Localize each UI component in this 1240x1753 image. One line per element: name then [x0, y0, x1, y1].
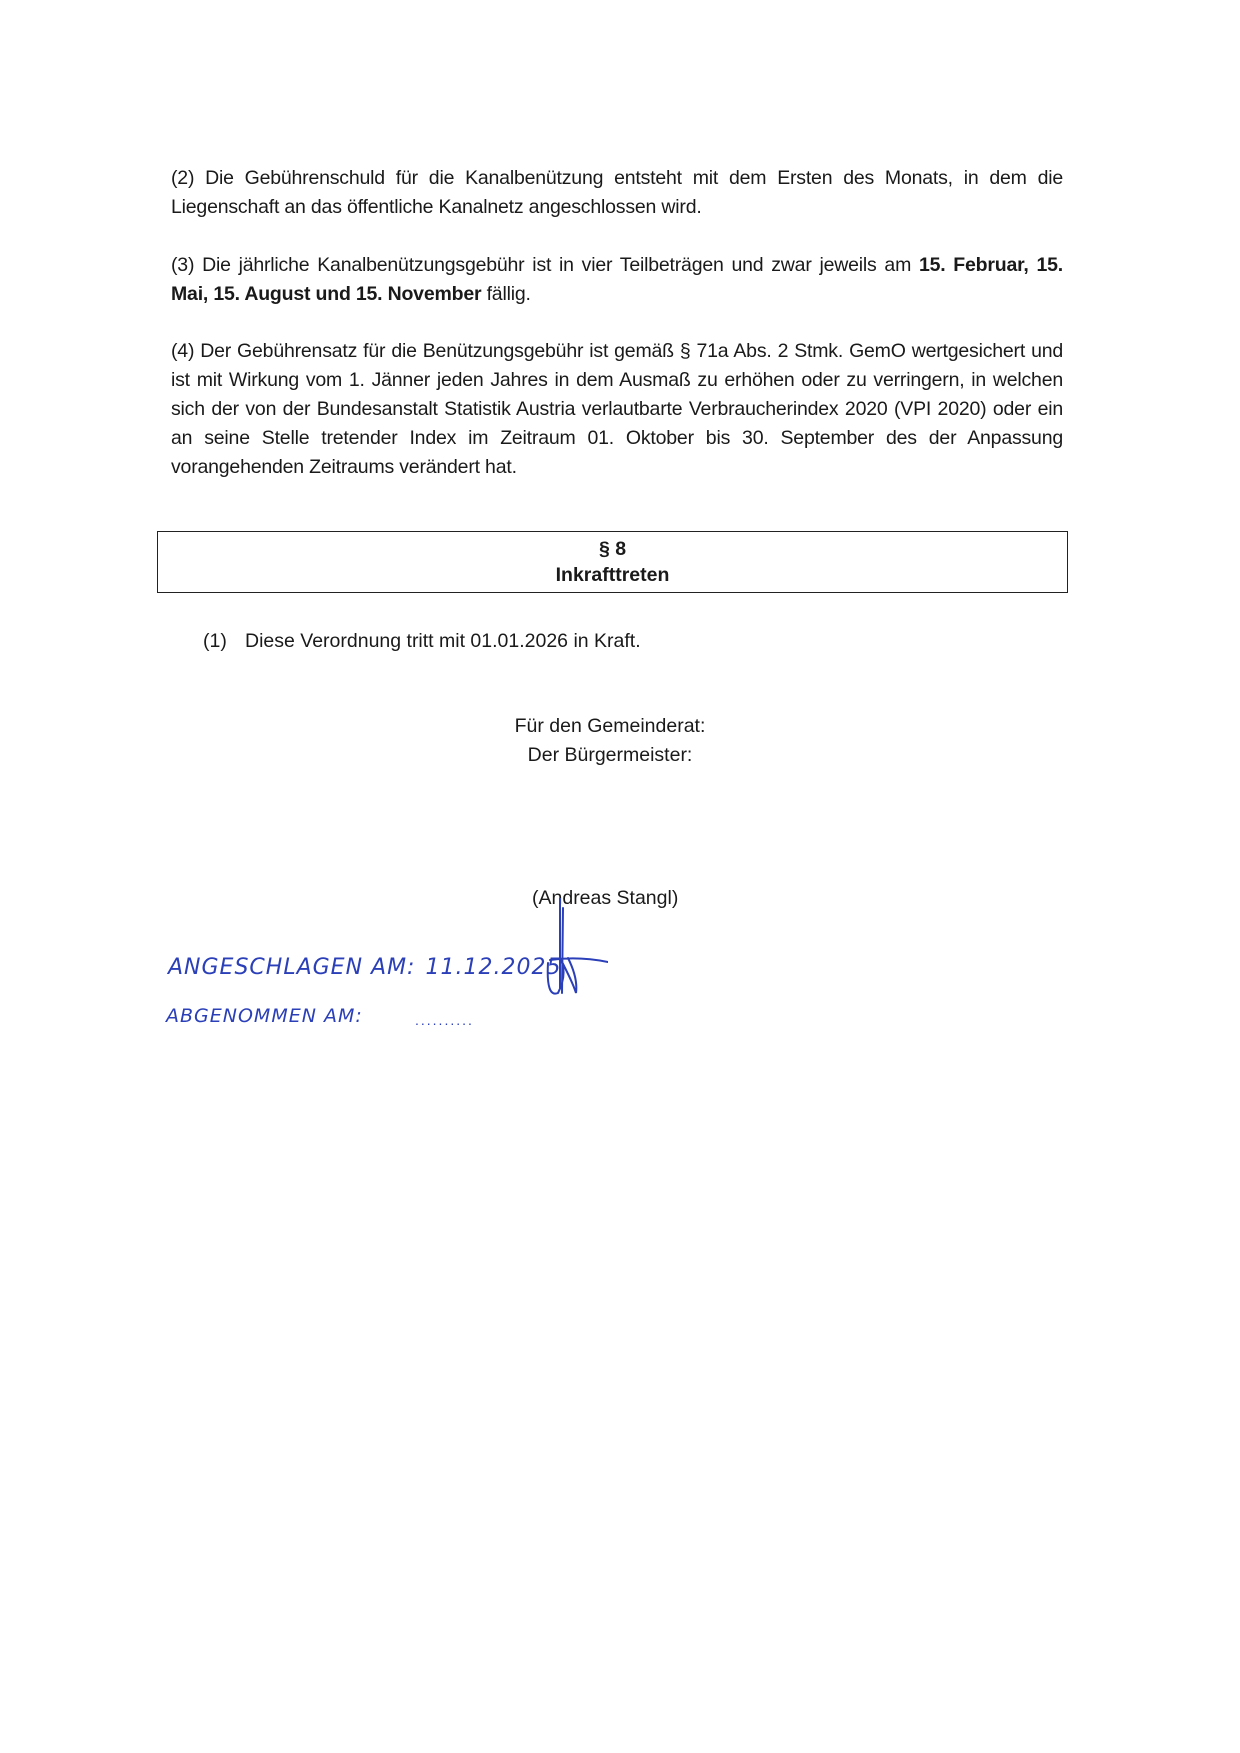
section-number: § 8: [158, 536, 1067, 562]
posted-label: ANGESCHLAGEN AM:: [168, 955, 415, 980]
removed-date-note: ABGENOMMEN AM:: [166, 1005, 363, 1027]
paragraph-4: (4) Der Gebührensatz für die Benützungsg…: [171, 337, 1063, 482]
signature-block: Für den Gemeinderat: Der Bürgermeister:: [500, 712, 720, 770]
posted-date: 11.12.2025: [425, 955, 561, 980]
clause-number: (1): [203, 627, 245, 655]
paragraph-3-text: (3) Die jährliche Kanalbenützungsgebühr …: [171, 254, 919, 276]
handwritten-signature-icon: [538, 898, 608, 1008]
posted-date-note: ANGESCHLAGEN AM:11.12.2025: [168, 955, 561, 980]
mayor-label: Der Bürgermeister:: [500, 741, 720, 770]
clause-text: Diese Verordnung tritt mit 01.01.2026 in…: [245, 630, 641, 652]
document-page: (2) Die Gebührenschuld für die Kanalbenü…: [0, 0, 1240, 1753]
section-title: Inkrafttreten: [158, 562, 1067, 588]
removed-date-blank: ..........: [415, 1012, 474, 1028]
council-label: Für den Gemeinderat:: [500, 712, 720, 741]
removed-label: ABGENOMMEN AM:: [166, 1005, 363, 1027]
paragraph-3: (3) Die jährliche Kanalbenützungsgebühr …: [171, 251, 1063, 309]
paragraph-3-end: fällig.: [481, 283, 530, 305]
section-heading-box: § 8 Inkrafttreten: [157, 531, 1068, 593]
paragraph-2: (2) Die Gebührenschuld für die Kanalbenü…: [171, 164, 1063, 222]
clause-1: (1)Diese Verordnung tritt mit 01.01.2026…: [203, 627, 641, 655]
